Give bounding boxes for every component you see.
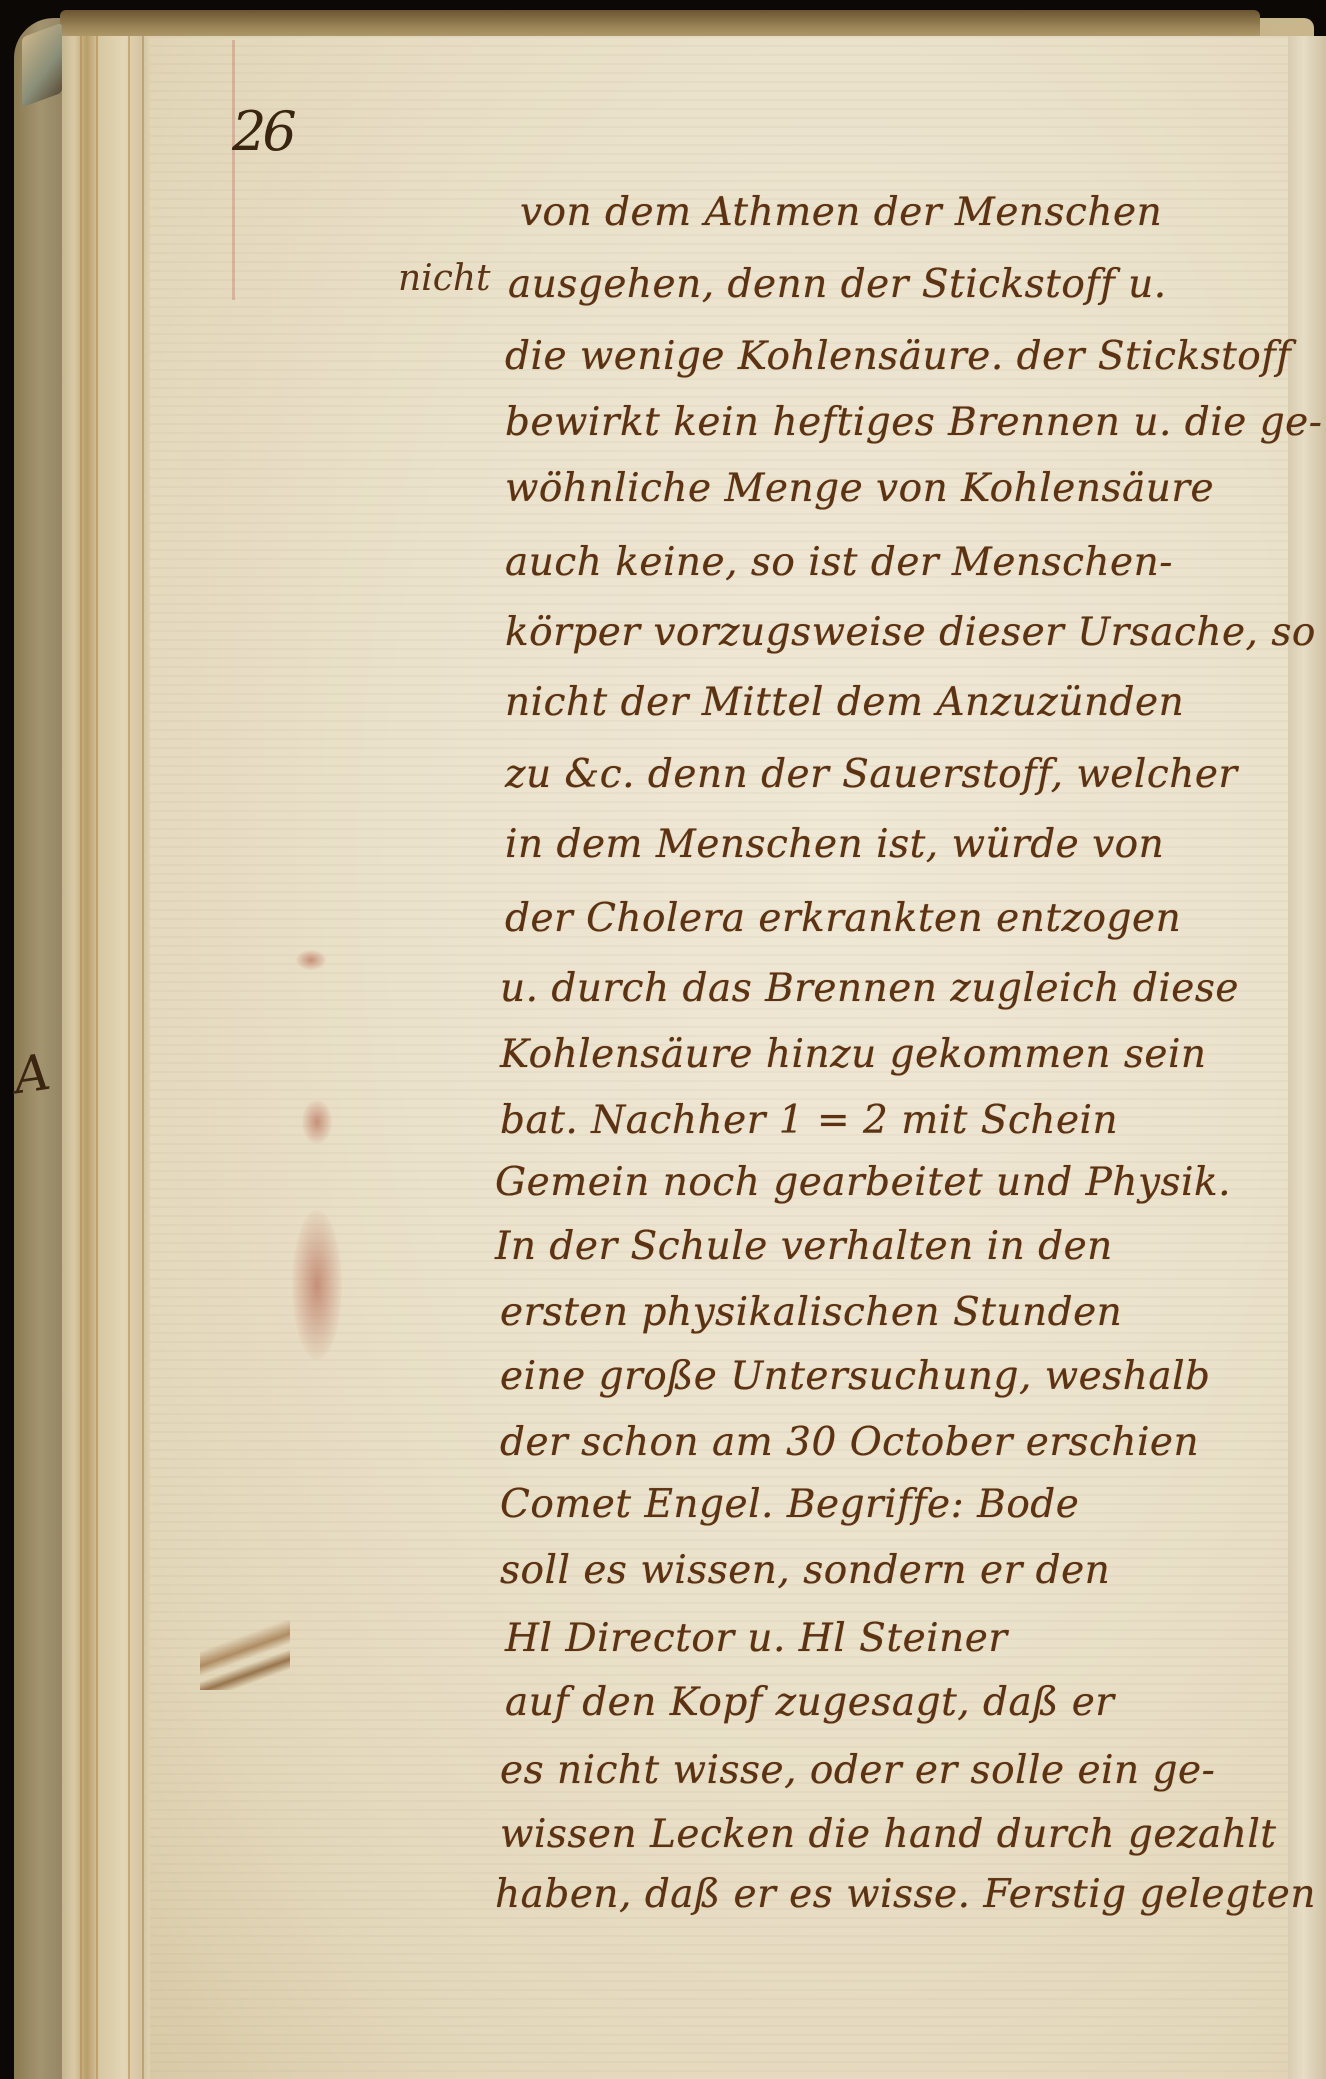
margin-note: nicht [398,258,491,299]
text-line: wissen Lecken die hand durch gezahlt [500,1812,1280,1857]
text-line: in dem Menschen ist, würde von [505,822,1285,867]
folded-corner [22,23,62,108]
text-line: bat. Nachher 1 = 2 mit Schein [500,1098,1280,1143]
text-line: u. durch das Brennen zugleich diese [500,966,1280,1011]
page-edge-line [80,36,82,2079]
text-line: Gemein noch gearbeitet und Physik. [495,1160,1275,1205]
text-line: die wenige Kohlensäure. der Stickstoff [505,334,1285,379]
page-fold-right [1288,36,1326,2079]
ink-blot [200,1620,290,1690]
text-line: der schon am 30 October erschien [500,1420,1280,1465]
text-line: zu &c. denn der Sauerstoff, welcher [505,752,1285,797]
red-stain [292,1210,342,1360]
page-edge-line [142,36,144,2079]
text-line: eine große Untersuchung, weshalb [500,1354,1280,1399]
text-line: von dem Athmen der Menschen [520,190,1300,235]
text-line: In der Schule verhalten in den [495,1224,1275,1269]
text-line: ausgehen, denn der Stickstoff u. [508,262,1288,307]
red-stain [302,1100,332,1144]
text-line: auf den Kopf zugesagt, daß er [505,1680,1285,1725]
page-number: 26 [232,100,293,163]
text-line: ersten physikalischen Stunden [500,1290,1280,1335]
text-line: nicht der Mittel dem Anzuzünden [505,680,1285,725]
margin-rule [232,40,235,300]
text-line: bewirkt kein heftiges Brennen u. die ge- [505,400,1285,445]
text-line: Hl Director u. Hl Steiner [505,1616,1285,1661]
text-line: wöhnliche Menge von Kohlensäure [505,466,1285,511]
red-stain [296,950,326,970]
text-line: der Cholera erkrankten entzogen [505,896,1285,941]
text-line: Kohlensäure hinzu gekommen sein [500,1032,1280,1077]
text-line: soll es wissen, sondern er den [500,1548,1280,1593]
page-edge-line [128,36,130,2079]
text-line: Comet Engel. Begriffe: Bode [500,1482,1280,1527]
text-line: körper vorzugsweise dieser Ursache, so i… [505,610,1285,655]
page-edge-line [96,36,98,2079]
text-line: haben, daß er es wisse. Ferstig gelegten [495,1872,1275,1917]
text-line: es nicht wisse, oder er solle ein ge- [500,1748,1280,1793]
text-line: auch keine, so ist der Menschen- [505,540,1285,585]
